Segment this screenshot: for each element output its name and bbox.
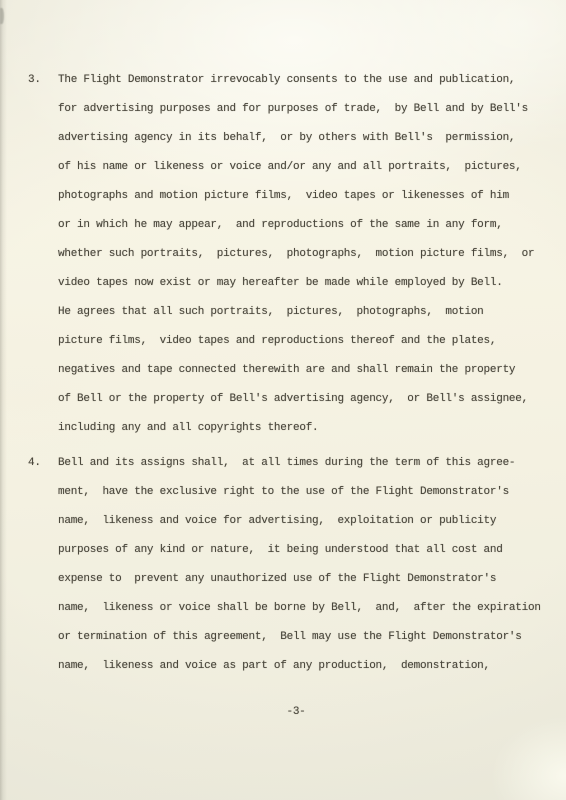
text-line: whether such portraits, pictures, photog… xyxy=(58,240,540,269)
text-line: of Bell or the property of Bell's advert… xyxy=(58,385,540,414)
text-line: name, likeness or voice shall be borne b… xyxy=(58,594,540,623)
text-line: expense to prevent any unauthorized use … xyxy=(58,565,540,594)
text-line: for advertising purposes and for purpose… xyxy=(58,95,540,124)
text-line: video tapes now exist or may hereafter b… xyxy=(58,269,540,298)
text-line: photographs and motion picture films, vi… xyxy=(58,182,540,211)
text-line: purposes of any kind or nature, it being… xyxy=(58,536,540,565)
text-line: He agrees that all such portraits, pictu… xyxy=(58,298,540,327)
clause-4-number: 4. xyxy=(28,449,58,478)
text-line: ment, have the exclusive right to the us… xyxy=(58,478,540,507)
text-line: or in which he may appear, and reproduct… xyxy=(58,211,540,240)
text-line: name, likeness and voice as part of any … xyxy=(58,652,540,681)
scanned-document-page: 3. The Flight Demonstrator irrevocably c… xyxy=(0,0,566,800)
clause-3-number: 3. xyxy=(28,66,58,95)
text-line: including any and all copyrights thereof… xyxy=(58,414,540,443)
document-body: 3. The Flight Demonstrator irrevocably c… xyxy=(28,66,540,727)
text-line: or termination of this agreement, Bell m… xyxy=(58,623,540,652)
clause-3: 3. The Flight Demonstrator irrevocably c… xyxy=(28,66,540,443)
text-line: name, likeness and voice for advertising… xyxy=(58,507,540,536)
text-line: advertising agency in its behalf, or by … xyxy=(58,124,540,153)
text-line: of his name or likeness or voice and/or … xyxy=(58,153,540,182)
text-line: negatives and tape connected therewith a… xyxy=(58,356,540,385)
text-line: The Flight Demonstrator irrevocably cons… xyxy=(58,66,540,95)
text-line: Bell and its assigns shall, at all times… xyxy=(58,449,540,478)
page-number: -3- xyxy=(58,698,534,727)
clause-4: 4. Bell and its assigns shall, at all ti… xyxy=(28,449,540,681)
clause-4-text: Bell and its assigns shall, at all times… xyxy=(58,449,540,681)
paper-edge-scuff xyxy=(0,8,4,24)
clause-3-text: The Flight Demonstrator irrevocably cons… xyxy=(58,66,540,443)
text-line: picture films, video tapes and reproduct… xyxy=(58,327,540,356)
